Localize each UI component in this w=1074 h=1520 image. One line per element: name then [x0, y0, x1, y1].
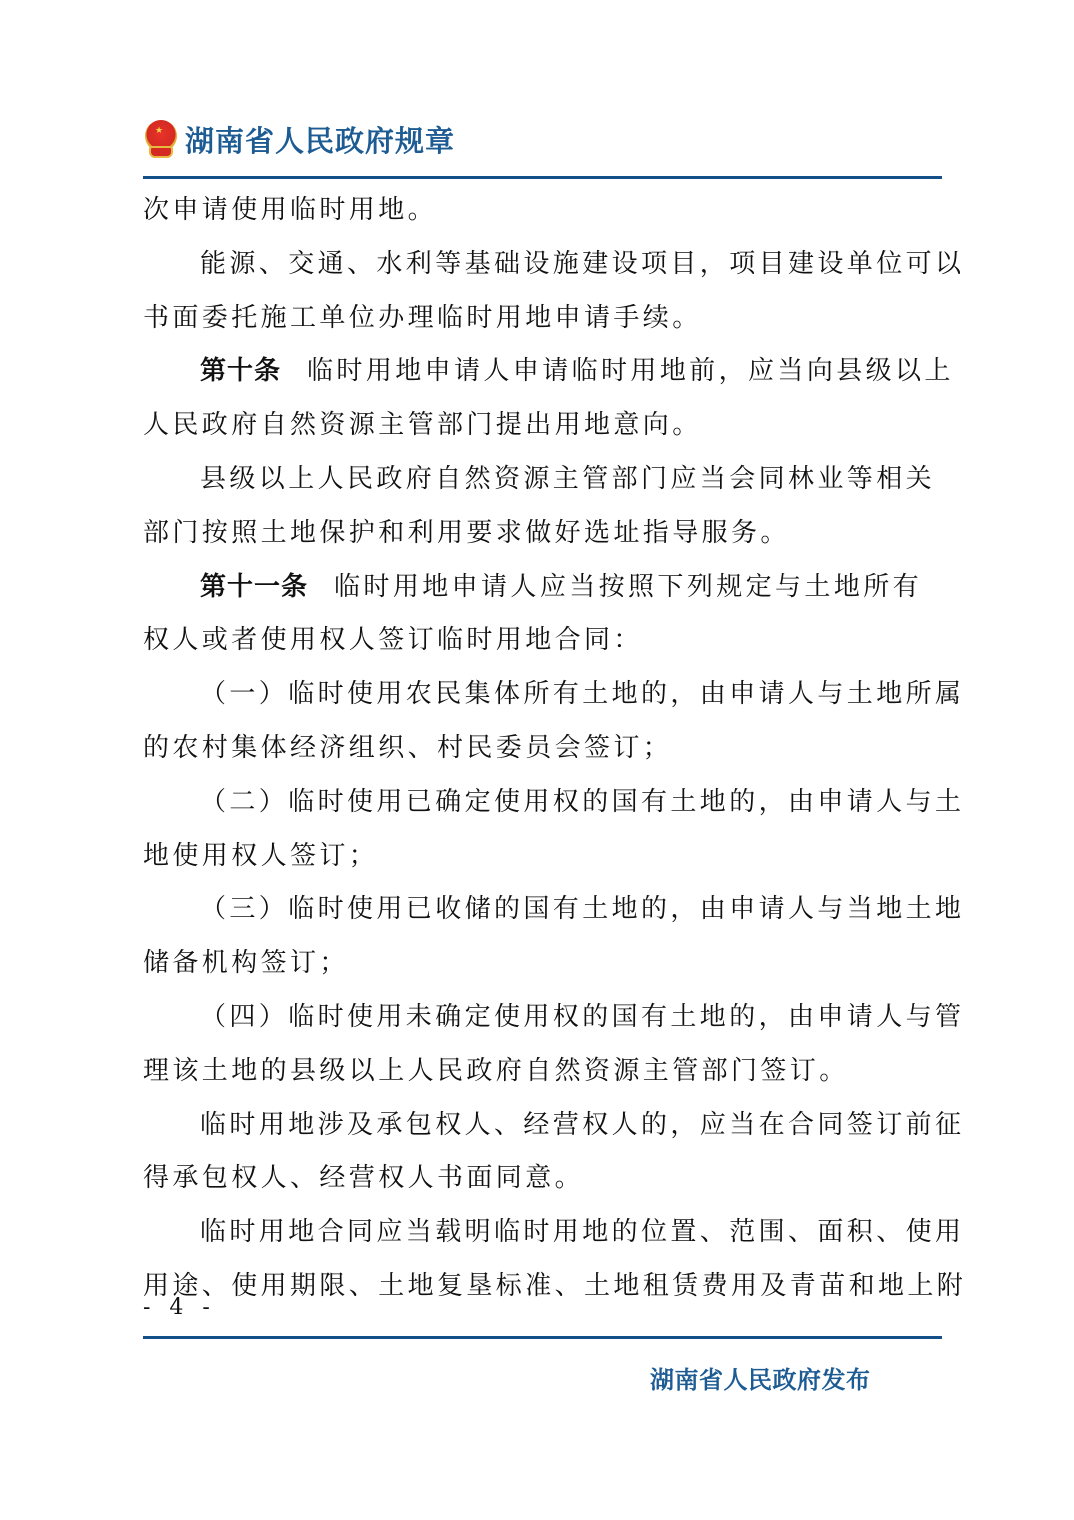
line-text: 的农村集体经济组织、村民委员会签订；: [143, 733, 672, 763]
paragraph-line: （四）临时使用未确定使用权的国有土地的，由申请人与管: [143, 993, 943, 1047]
document-page: ★ 湖南省人民政府规章 次申请使用临时用地。能源、交通、水利等基础设施建设项目，…: [0, 0, 1074, 1520]
page-number: - 4 -: [143, 1295, 216, 1320]
document-body: 次申请使用临时用地。能源、交通、水利等基础设施建设项目，项目建设单位可以书面委托…: [143, 186, 943, 1316]
paragraph-line: 临时用地合同应当载明临时用地的位置、范围、面积、使用: [143, 1208, 943, 1262]
paragraph-line: 书面委托施工单位办理临时用地申请手续。: [143, 294, 943, 348]
national-emblem-icon: ★: [143, 118, 179, 160]
article-line: 第十条临时用地申请人申请临时用地前，应当向县级以上: [143, 347, 943, 401]
paragraph-line: 部门按照土地保护和利用要求做好选址指导服务。: [143, 509, 943, 563]
paragraph-line: 人民政府自然资源主管部门提出用地意向。: [143, 401, 943, 455]
paragraph-line: 理该土地的县级以上人民政府自然资源主管部门签订。: [143, 1047, 943, 1101]
line-text: 能源、交通、水利等基础设施建设项目，项目建设单位可以: [200, 249, 964, 279]
paragraph-line: （一）临时使用农民集体所有土地的，由申请人与土地所属: [143, 670, 943, 724]
article-line: 第十一条临时用地申请人应当按照下列规定与土地所有: [143, 563, 943, 617]
line-text: 权人或者使用权人签订临时用地合同：: [143, 625, 643, 655]
line-text: （二）临时使用已确定使用权的国有土地的，由申请人与土: [200, 787, 964, 817]
line-text: 部门按照土地保护和利用要求做好选址指导服务。: [143, 518, 790, 548]
article-heading: 第十条: [200, 356, 281, 386]
line-text: 地使用权人签订；: [143, 841, 378, 871]
header-title: 湖南省人民政府规章: [185, 119, 455, 160]
line-text: 人民政府自然资源主管部门提出用地意向。: [143, 410, 702, 440]
line-text: 临时用地申请人应当按照下列规定与土地所有: [334, 572, 922, 602]
paragraph-line: 临时用地涉及承包权人、经营权人的，应当在合同签订前征: [143, 1101, 943, 1155]
line-text: 临时用地申请人申请临时用地前，应当向县级以上: [307, 356, 954, 386]
paragraph-line: 地使用权人签订；: [143, 832, 943, 886]
line-text: （四）临时使用未确定使用权的国有土地的，由申请人与管: [200, 1002, 964, 1032]
paragraph-line: 次申请使用临时用地。: [143, 186, 943, 240]
paragraph-line: 得承包权人、经营权人书面同意。: [143, 1154, 943, 1208]
paragraph-line: 权人或者使用权人签订临时用地合同：: [143, 616, 943, 670]
line-text: 书面委托施工单位办理临时用地申请手续。: [143, 303, 702, 333]
paragraph-line: 能源、交通、水利等基础设施建设项目，项目建设单位可以: [143, 240, 943, 294]
line-text: 用途、使用期限、土地复垦标准、土地租赁费用及青苗和地上附: [143, 1271, 966, 1301]
article-heading: 第十一条: [200, 572, 308, 602]
paragraph-line: （三）临时使用已收储的国有土地的，由申请人与当地土地: [143, 885, 943, 939]
line-text: （一）临时使用农民集体所有土地的，由申请人与土地所属: [200, 679, 964, 709]
line-text: 县级以上人民政府自然资源主管部门应当会同林业等相关: [200, 464, 935, 494]
paragraph-line: 储备机构签订；: [143, 939, 943, 993]
line-text: 理该土地的县级以上人民政府自然资源主管部门签订。: [143, 1056, 849, 1086]
line-text: （三）临时使用已收储的国有土地的，由申请人与当地土地: [200, 894, 964, 924]
footer-publisher: 湖南省人民政府发布: [650, 1360, 871, 1395]
paragraph-line: （二）临时使用已确定使用权的国有土地的，由申请人与土: [143, 778, 943, 832]
line-text: 储备机构签订；: [143, 948, 349, 978]
line-text: 临时用地合同应当载明临时用地的位置、范围、面积、使用: [200, 1217, 964, 1247]
paragraph-line: 县级以上人民政府自然资源主管部门应当会同林业等相关: [143, 455, 943, 509]
paragraph-line: 的农村集体经济组织、村民委员会签订；: [143, 724, 943, 778]
document-header: ★ 湖南省人民政府规章: [143, 114, 455, 164]
line-text: 得承包权人、经营权人书面同意。: [143, 1163, 584, 1193]
footer-divider: [143, 1336, 942, 1339]
paragraph-line: 用途、使用期限、土地复垦标准、土地租赁费用及青苗和地上附: [143, 1262, 943, 1316]
line-text: 次申请使用临时用地。: [143, 195, 437, 225]
line-text: 临时用地涉及承包权人、经营权人的，应当在合同签订前征: [200, 1110, 964, 1140]
header-divider: [143, 176, 942, 179]
